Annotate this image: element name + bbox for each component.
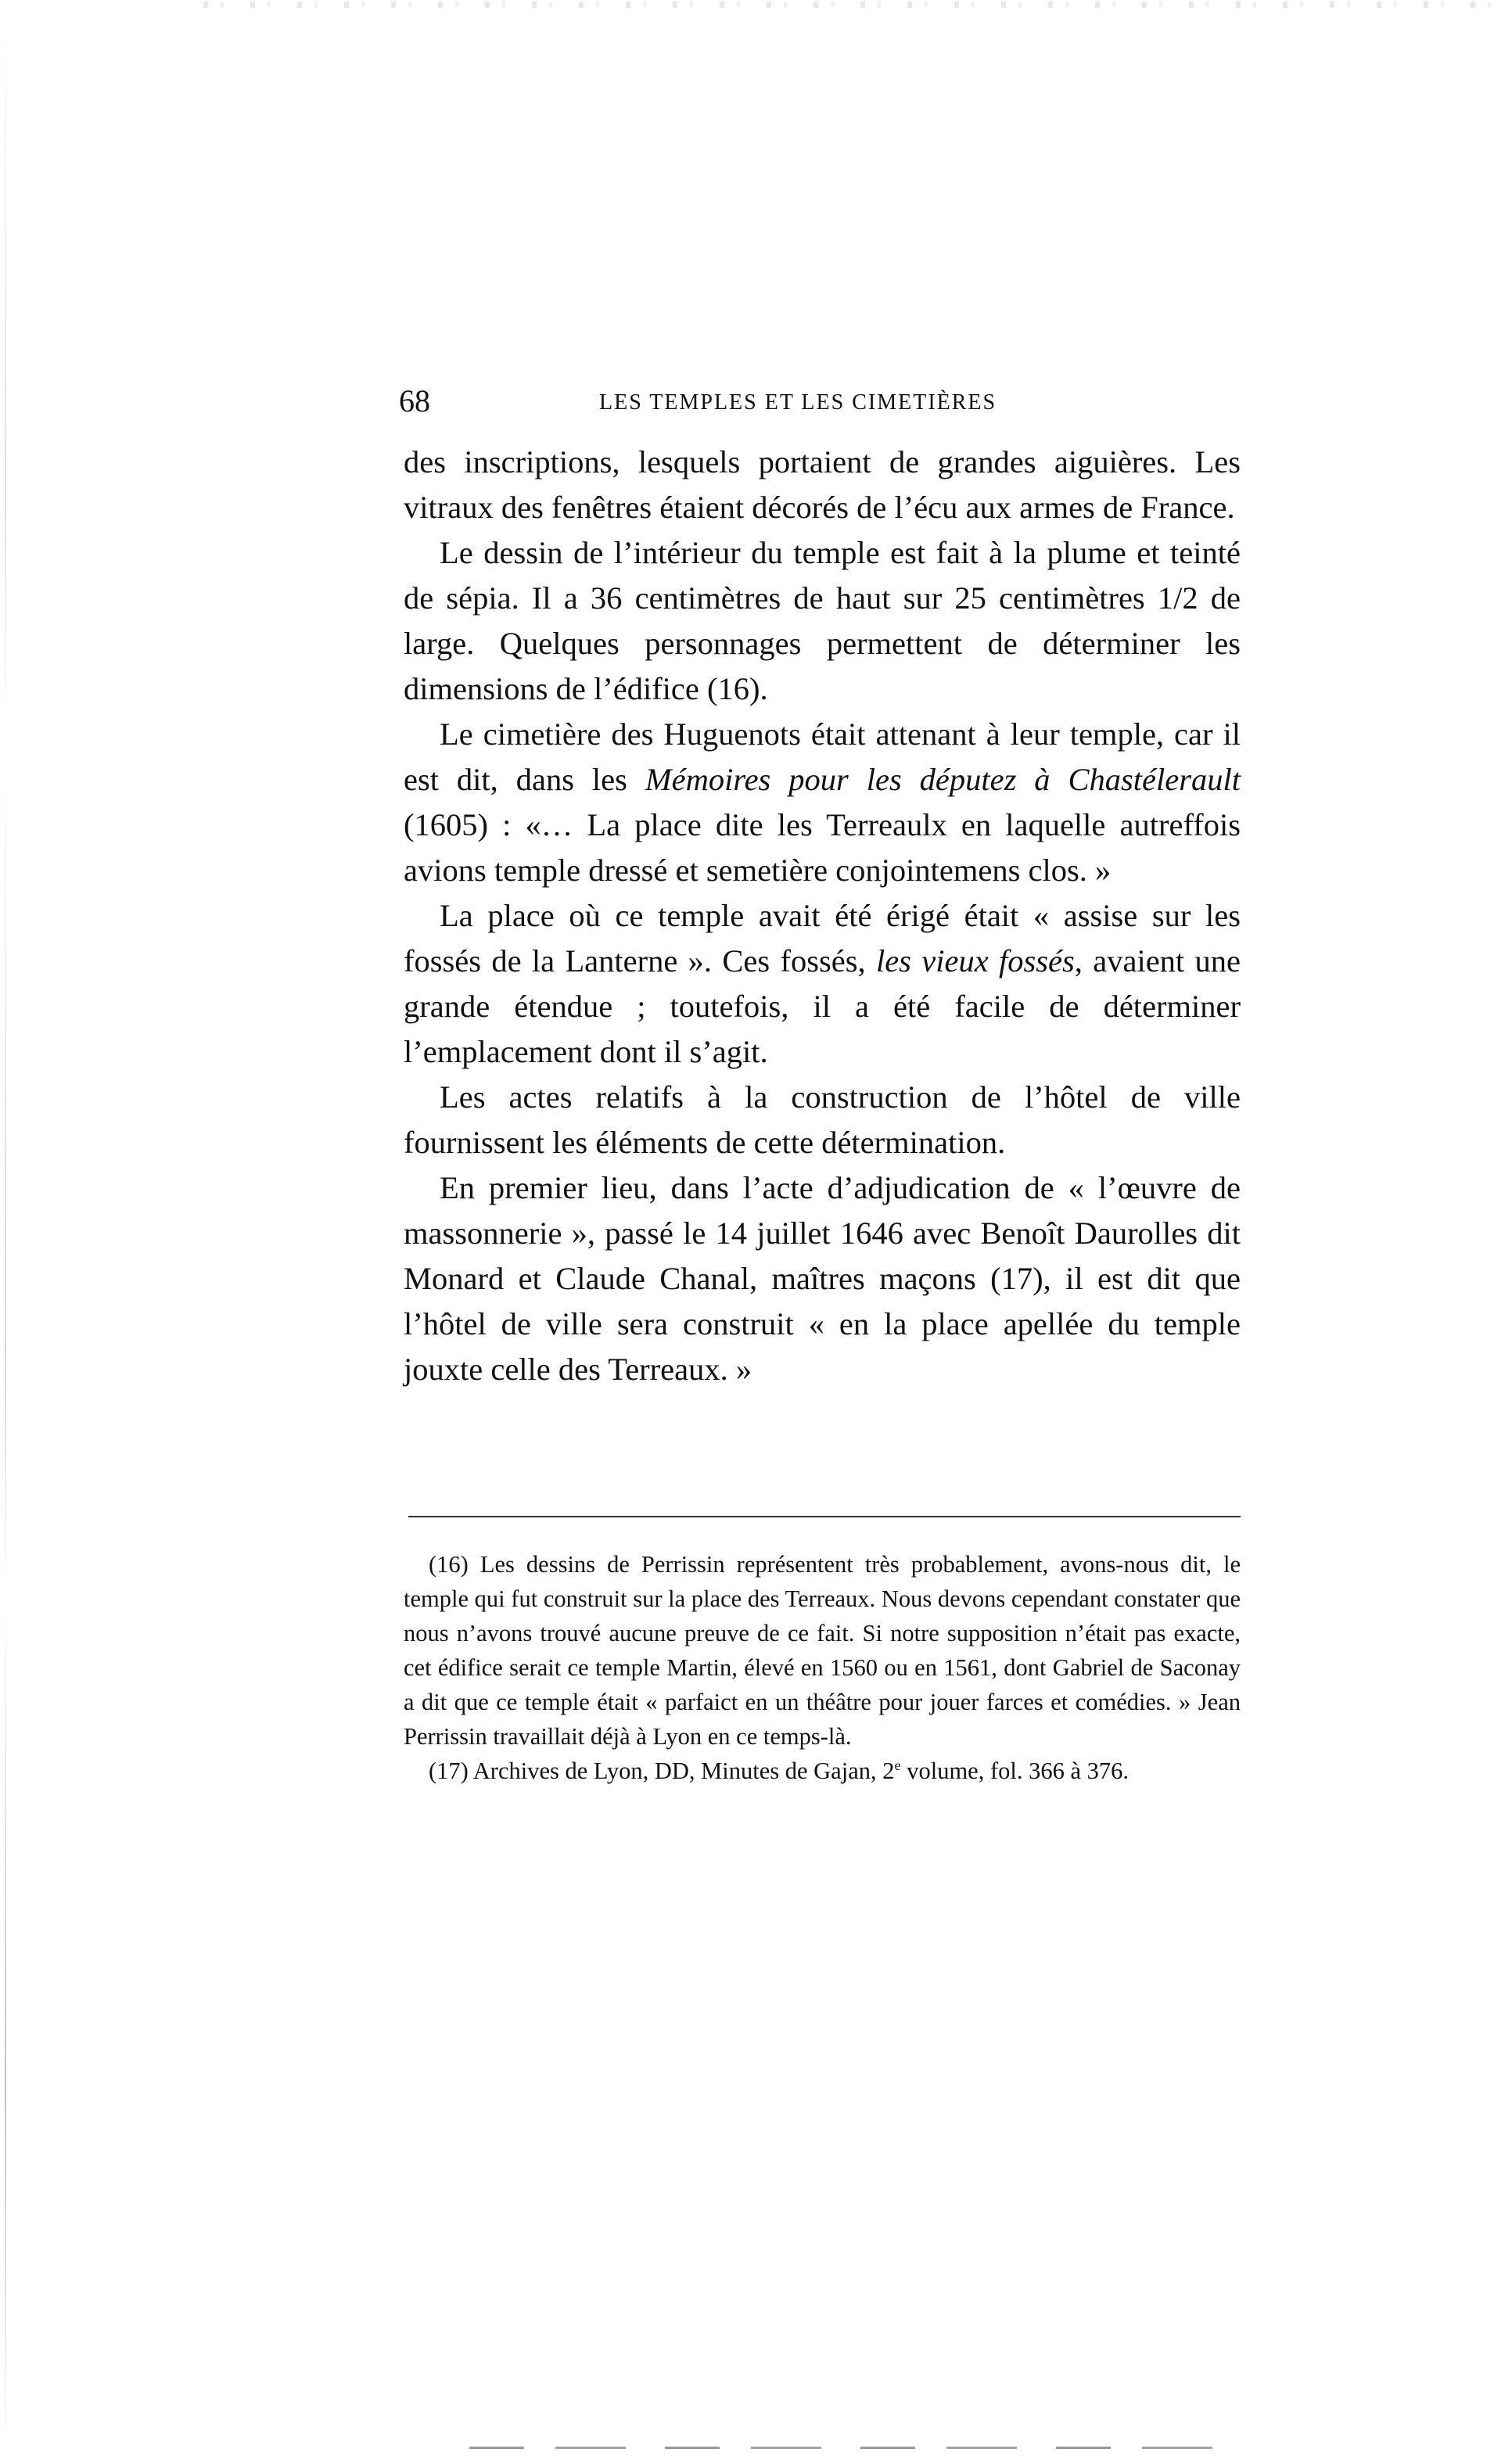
superscript: e — [894, 1758, 900, 1773]
scan-bottom-noise-artifact — [469, 2447, 1252, 2449]
paragraph-cemetery: Le cimetière des Huguenots était attenan… — [404, 712, 1241, 893]
scan-edge-artifact — [5, 0, 6, 2456]
paragraph-location: La place où ce temple avait été érigé ét… — [404, 893, 1241, 1075]
paragraph-adjudication: En premier lieu, dans l’acte d’adjudicat… — [404, 1165, 1241, 1392]
footnote-16: (16) Les dessins de Perrissin représente… — [404, 1547, 1241, 1754]
paragraph-text: (1605) : «… La place dite les Terreaulx … — [404, 807, 1241, 888]
paragraph-continued: des inscriptions, lesquels portaient de … — [404, 440, 1241, 530]
paragraph-hotel-de-ville: Les actes relatifs à la construction de … — [404, 1075, 1241, 1165]
footnotes: (16) Les dessins de Perrissin représente… — [404, 1547, 1241, 1788]
footnote-text: volume, fol. 366 à 376. — [901, 1758, 1129, 1784]
italic-vieux-fosses: les vieux fossés — [876, 943, 1075, 978]
paragraph-drawing-description: Le dessin de l’intérieur du temple est f… — [404, 530, 1241, 712]
scan-top-noise-artifact — [203, 2, 1494, 8]
footnote-17: (17) Archives de Lyon, DD, Minutes de Ga… — [404, 1754, 1241, 1788]
main-text: des inscriptions, lesquels portaient de … — [404, 440, 1241, 1392]
page-number: 68 — [399, 382, 430, 421]
footnote-text: (17) Archives de Lyon, DD, Minutes de Ga… — [429, 1758, 894, 1784]
running-head-title: LES TEMPLES ET LES CIMETIÈRES — [599, 385, 997, 421]
footnote-divider — [408, 1516, 1241, 1517]
running-head: 68 LES TEMPLES ET LES CIMETIÈRES — [399, 382, 1244, 421]
book-page: 68 LES TEMPLES ET LES CIMETIÈRES des ins… — [0, 0, 1512, 2456]
italic-title-memoires: Mémoires pour les députez à Chastéleraul… — [645, 762, 1241, 797]
